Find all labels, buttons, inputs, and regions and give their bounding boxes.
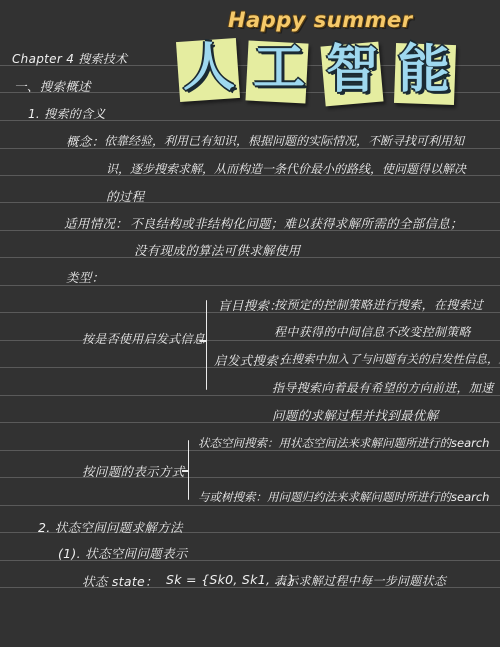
brace-tip	[182, 470, 188, 472]
rule-line	[0, 505, 500, 506]
concept-text-line: 的过程	[106, 187, 144, 205]
title-happy-summer: Happy summer	[228, 8, 413, 32]
title-char: 工	[253, 42, 305, 94]
types-label: 类型：	[66, 268, 104, 286]
heuristic-search-text: 在搜索中加入了与问题有关的启发性信息，用于	[280, 351, 500, 367]
rule-line	[0, 202, 500, 203]
section-heading-1: 一、搜索概述	[14, 77, 91, 95]
usage-text-line: 不良结构或非结构化问题；难以获得求解所需的全部信息；	[130, 214, 463, 232]
rule-line	[0, 477, 500, 478]
brace-icon	[206, 300, 207, 390]
title-char: 人	[183, 42, 235, 94]
brace-tip	[200, 340, 206, 342]
usage-label: 适用情况：	[64, 214, 128, 232]
concept-label: 概念：	[66, 132, 104, 150]
heuristic-search-text: 问题的求解过程并找到最优解	[272, 406, 438, 424]
subsection-heading-1: 1. 搜索的含义	[28, 105, 106, 122]
group-representation-label: 按问题的表示方式	[82, 462, 184, 480]
blind-search-text: 程中获得的中间信息不改变控制策略	[274, 323, 471, 340]
heuristic-search-text: 指导搜索向着最有希望的方向前进，加速	[272, 379, 493, 396]
section-heading-2: 2. 状态空间问题求解方法	[38, 518, 183, 536]
blind-search-label: 盲目搜索：	[218, 296, 282, 314]
state-description: 表示求解过程中每一步问题状态	[274, 572, 446, 589]
brace-icon	[188, 440, 189, 500]
title-char: 能	[398, 44, 450, 96]
and-or-tree-search-text: 与或树搜索：用问题归约法来求解问题时所进行的search	[198, 489, 489, 505]
concept-text-line: 依靠经验，利用已有知识，根据问题的实际情况，不断寻找可利用知	[104, 132, 464, 149]
blind-search-text: 按预定的控制策略进行搜索，在搜索过	[274, 296, 483, 313]
state-label: 状态 state：	[82, 572, 158, 590]
rule-line	[0, 340, 500, 341]
subsection-heading-2: (1). 状态空间问题表示	[58, 544, 188, 562]
usage-text-line: 没有现成的算法可供求解使用	[134, 241, 300, 259]
state-space-search-text: 状态空间搜索：用状态空间法来求解问题所进行的search	[198, 435, 489, 451]
chapter-heading: Chapter 4 搜索技术	[12, 50, 127, 67]
group-heuristic-label: 按是否使用启发式信息	[82, 330, 205, 347]
concept-text-line: 识，逐步搜索求解，从而构造一条代价最小的路线，使问题得以解决	[106, 160, 466, 177]
title-char: 智	[326, 44, 378, 96]
